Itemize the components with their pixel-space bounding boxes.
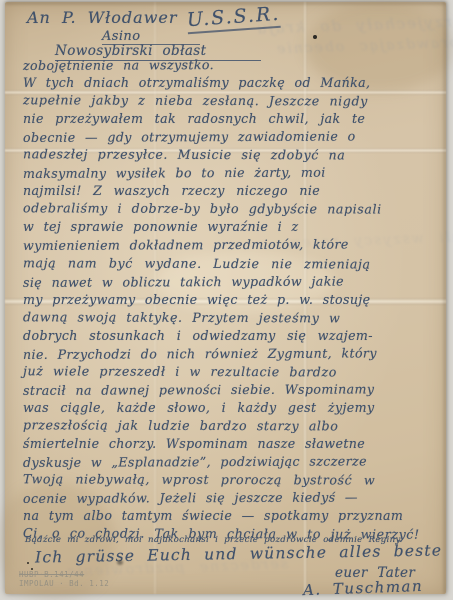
letter-line: najmilsi! Z waszych rzeczy niczego nie (23, 182, 447, 200)
letter-line: śmiertelnie chorzy. Wspominam nasze sław… (23, 435, 447, 453)
letter-line: obecnie — gdy otrzymujemy zawiadomienie … (23, 127, 447, 147)
letter-line: już wiele przeszedł i w rezultacie bardz… (23, 362, 447, 382)
ink-speck (31, 568, 33, 570)
paper-edge-shadow (444, 2, 446, 594)
letter-line: w tej sprawie ponownie wyraźnie i z (23, 218, 447, 236)
letter-line: W tych dniach otrzymaliśmy paczkę od Mań… (23, 74, 447, 92)
letter-line: dawną swoją taktykę. Przytem jesteśmy w (23, 308, 447, 328)
signature: A. Tuschman (303, 577, 424, 599)
letter-line: zupełnie jakby z nieba zesłaną. Jeszcze … (23, 91, 447, 111)
ink-speck (117, 560, 123, 565)
pencil-annotation: IMPOLAU · Bd. 1.12 (19, 579, 109, 588)
letter-line: się nawet w obliczu takich wypadków jaki… (23, 272, 447, 292)
letter-line: stracił na dawnej pewności siebie. Wspom… (23, 380, 447, 400)
letter-line: na tym albo tamtym świecie — spotkamy pr… (23, 507, 447, 525)
ink-speck (313, 35, 317, 39)
letter-header: An P. Włodawer U.S.S.R. Asino Nowosybirs… (27, 8, 178, 27)
letter-line: przeszłością jak ludzie bardzo starzy al… (23, 416, 447, 436)
letter-line: mają nam być wydane. Ludzie nie zmieniaj… (23, 254, 447, 274)
letter-line: dobrych stosunkach i odwiedzamy się wzaj… (23, 327, 447, 345)
letter-line: odebraliśmy i dobrze-by było gdybyście n… (23, 200, 447, 220)
letter-line: zobojętnienie na wszystko. (23, 55, 447, 75)
letter-line: ocenie wypadków. Jeżeli się jeszcze kied… (23, 488, 447, 508)
letter-body: zobojętnienie na wszystko.W tych dniach … (23, 56, 447, 543)
recipient-line: An P. Włodawer (27, 8, 178, 27)
paper-edge-shadow (5, 2, 446, 4)
letter-line: Twoją niebywałą, wprost proroczą bystroś… (23, 470, 447, 490)
letter-line: nie. Przychodzi do nich również Zygmunt,… (23, 344, 447, 364)
letter-line: maksymalny wysiłek bo to nie żarty, moi (23, 163, 447, 183)
pencil-annotation-struck: HUBP·B.141/44 (19, 570, 84, 579)
letter-line: wymienieniem dokładnem przedmiotów, któr… (23, 236, 447, 256)
letter-line: nadeszłej przesyłce. Musicie się zdobyć … (23, 145, 447, 165)
ink-speck (27, 562, 29, 564)
letter-line: dyskusje w „Esplanadzie”, podziwiając sz… (23, 452, 447, 472)
letter-line: my przeżywamy obecnie więc też p. w. sto… (23, 291, 447, 309)
scanned-letter-photo: przyjechały do kraju sprawdzając obecnie… (0, 0, 453, 600)
letter-line: nie przeżywałem tak radosnych chwil, jak… (23, 110, 447, 128)
letter-paper: przyjechały do kraju sprawdzając obecnie… (5, 2, 446, 594)
letter-line: was ciągle, każde słowo, i każdy gest ży… (23, 399, 447, 417)
